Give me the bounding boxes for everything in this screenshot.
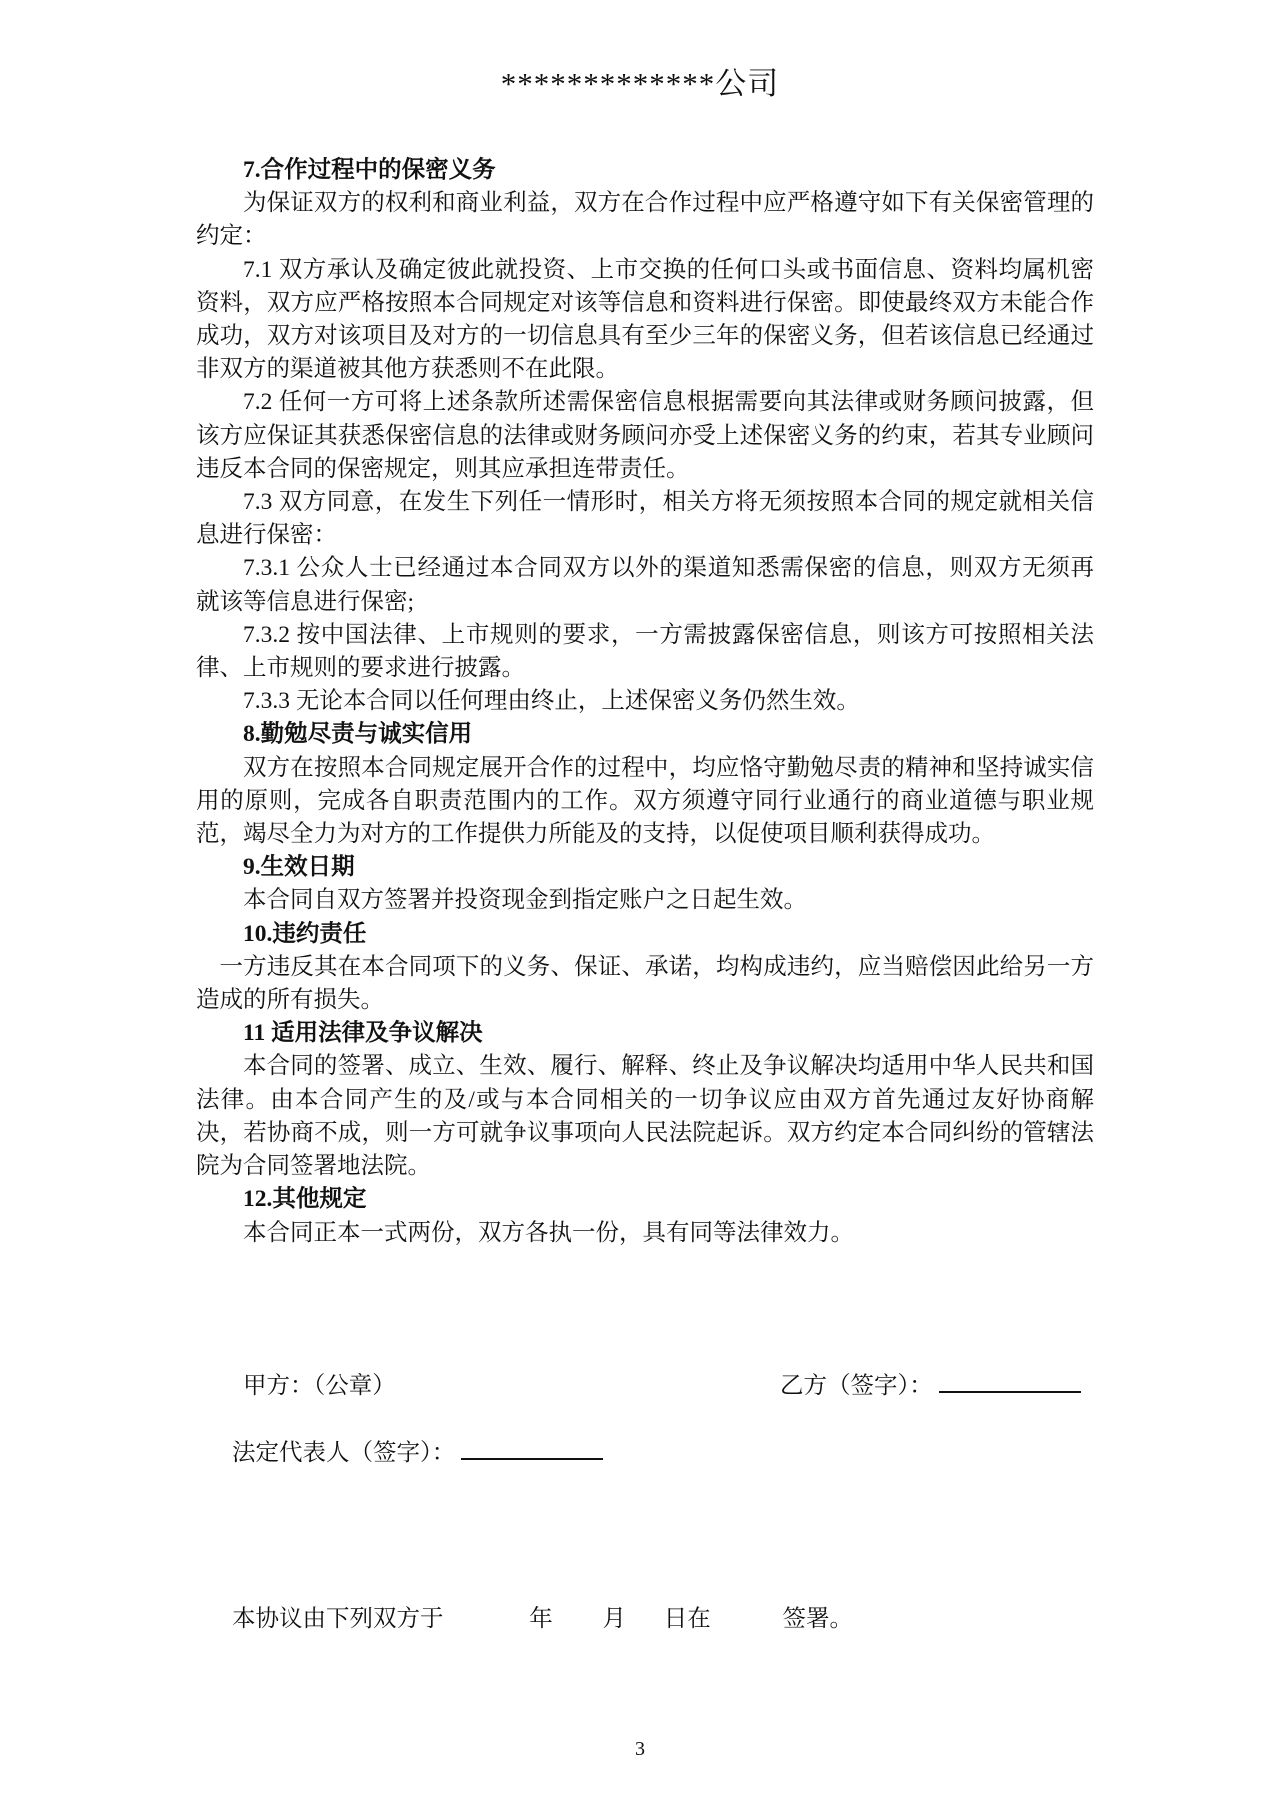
clause-7-3-2: 7.3.2 按中国法律、上市规则的要求，一方需披露保密信息，则该方可按照相关法律… xyxy=(196,619,1094,685)
party-b-signature-line[interactable] xyxy=(939,1371,1081,1393)
party-a-signature: 甲方：（公章） xyxy=(243,1370,396,1403)
section-8-body: 双方在按照本合同规定展开合作的过程中，均应恪守勤勉尽责的精神和坚持诚实信用的原则… xyxy=(196,752,1094,852)
party-a-label: 甲方：（公章） xyxy=(243,1373,396,1399)
month-label: 月 xyxy=(603,1603,627,1636)
day-at-label: 日在 xyxy=(664,1603,711,1636)
section-12-heading: 12.其他规定 xyxy=(196,1183,1094,1216)
section-7-intro: 为保证双方的权利和商业利益，双方在合作过程中应严格遵守如下有关保密管理的约定： xyxy=(196,187,1094,253)
section-10-body: 一方违反其在本合同项下的义务、保证、承诺，均构成违约，应当赔偿因此给另一方造成的… xyxy=(196,951,1094,1017)
legal-rep-signature-line[interactable] xyxy=(461,1438,603,1460)
company-header: *************公司 xyxy=(0,64,1280,104)
section-10-heading: 10.违约责任 xyxy=(196,918,1094,951)
clause-7-3-1: 7.3.1 公众人士已经通过本合同双方以外的渠道知悉需保密的信息，则双方无须再就… xyxy=(196,552,1094,618)
signing-statement: 本协议由下列双方于 年 月 日在 签署。 xyxy=(232,1603,853,1636)
party-b-label: 乙方（签字）： xyxy=(780,1373,933,1399)
signing-prefix: 本协议由下列双方于 xyxy=(232,1603,444,1636)
section-9-body: 本合同自双方签署并投资现金到指定账户之日起生效。 xyxy=(196,884,1094,917)
section-11-body: 本合同的签署、成立、生效、履行、解释、终止及争议解决均适用中华人民共和国法律。由… xyxy=(196,1050,1094,1183)
section-12-body: 本合同正本一式两份，双方各执一份，具有同等法律效力。 xyxy=(196,1217,1094,1250)
clause-7-3-3: 7.3.3 无论本合同以任何理由终止，上述保密义务仍然生效。 xyxy=(196,685,1094,718)
document-page: *************公司 7.合作过程中的保密义务 为保证双方的权利和商业… xyxy=(0,0,1280,1811)
contract-body: 7.合作过程中的保密义务 为保证双方的权利和商业利益，双方在合作过程中应严格遵守… xyxy=(196,154,1094,1250)
page-number: 3 xyxy=(0,1738,1280,1761)
signing-suffix: 签署。 xyxy=(783,1603,854,1636)
legal-rep-label: 法定代表人（签字）： xyxy=(232,1440,455,1466)
year-label: 年 xyxy=(529,1603,553,1636)
section-8-heading: 8.勤勉尽责与诚实信用 xyxy=(196,718,1094,751)
clause-7-3: 7.3 双方同意，在发生下列任一情形时，相关方将无须按照本合同的规定就相关信息进… xyxy=(196,486,1094,552)
section-9-heading: 9.生效日期 xyxy=(196,851,1094,884)
section-7-heading: 7.合作过程中的保密义务 xyxy=(196,154,1094,187)
section-11-heading: 11 适用法律及争议解决 xyxy=(196,1017,1094,1050)
legal-rep-signature: 法定代表人（签字）： xyxy=(232,1437,603,1470)
clause-7-1: 7.1 双方承认及确定彼此就投资、上市交换的任何口头或书面信息、资料均属机密资料… xyxy=(196,254,1094,387)
clause-7-2: 7.2 任何一方可将上述条款所述需保密信息根据需要向其法律或财务顾问披露，但该方… xyxy=(196,386,1094,486)
party-b-signature: 乙方（签字）： xyxy=(780,1370,1081,1403)
